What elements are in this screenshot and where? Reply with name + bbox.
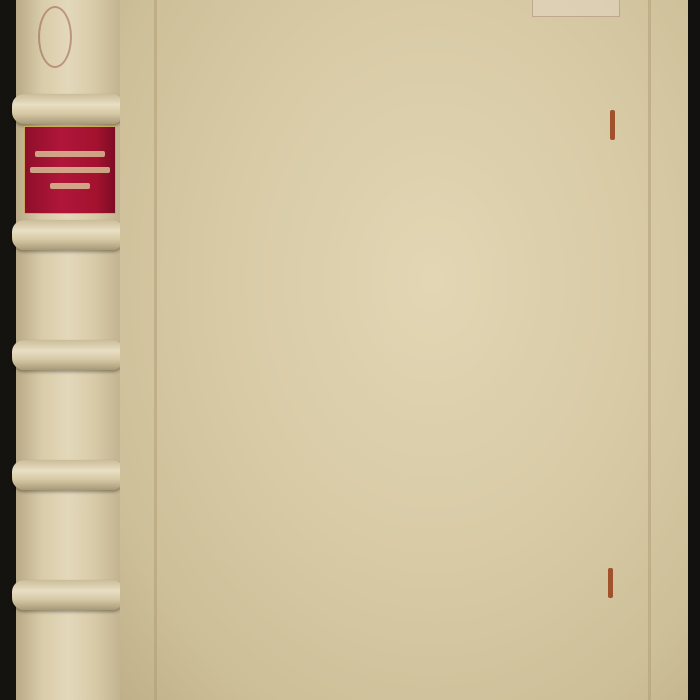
label-line-illegible <box>30 167 110 173</box>
tie-slit <box>608 568 613 598</box>
shelfmark-tag <box>532 0 620 17</box>
raised-band <box>12 580 124 610</box>
background-right <box>688 0 700 700</box>
front-board <box>120 0 688 700</box>
raised-band <box>12 220 124 250</box>
spine-title-label <box>24 126 116 214</box>
board-fold-line <box>648 0 651 700</box>
label-line-illegible <box>35 151 105 157</box>
raised-band <box>12 94 124 124</box>
raised-band <box>12 460 124 490</box>
book-spine <box>16 0 120 700</box>
library-stamp <box>38 6 72 68</box>
tie-slit <box>610 110 615 140</box>
board-fold-line <box>154 0 157 700</box>
raised-band <box>12 340 124 370</box>
label-line-illegible <box>50 183 90 189</box>
